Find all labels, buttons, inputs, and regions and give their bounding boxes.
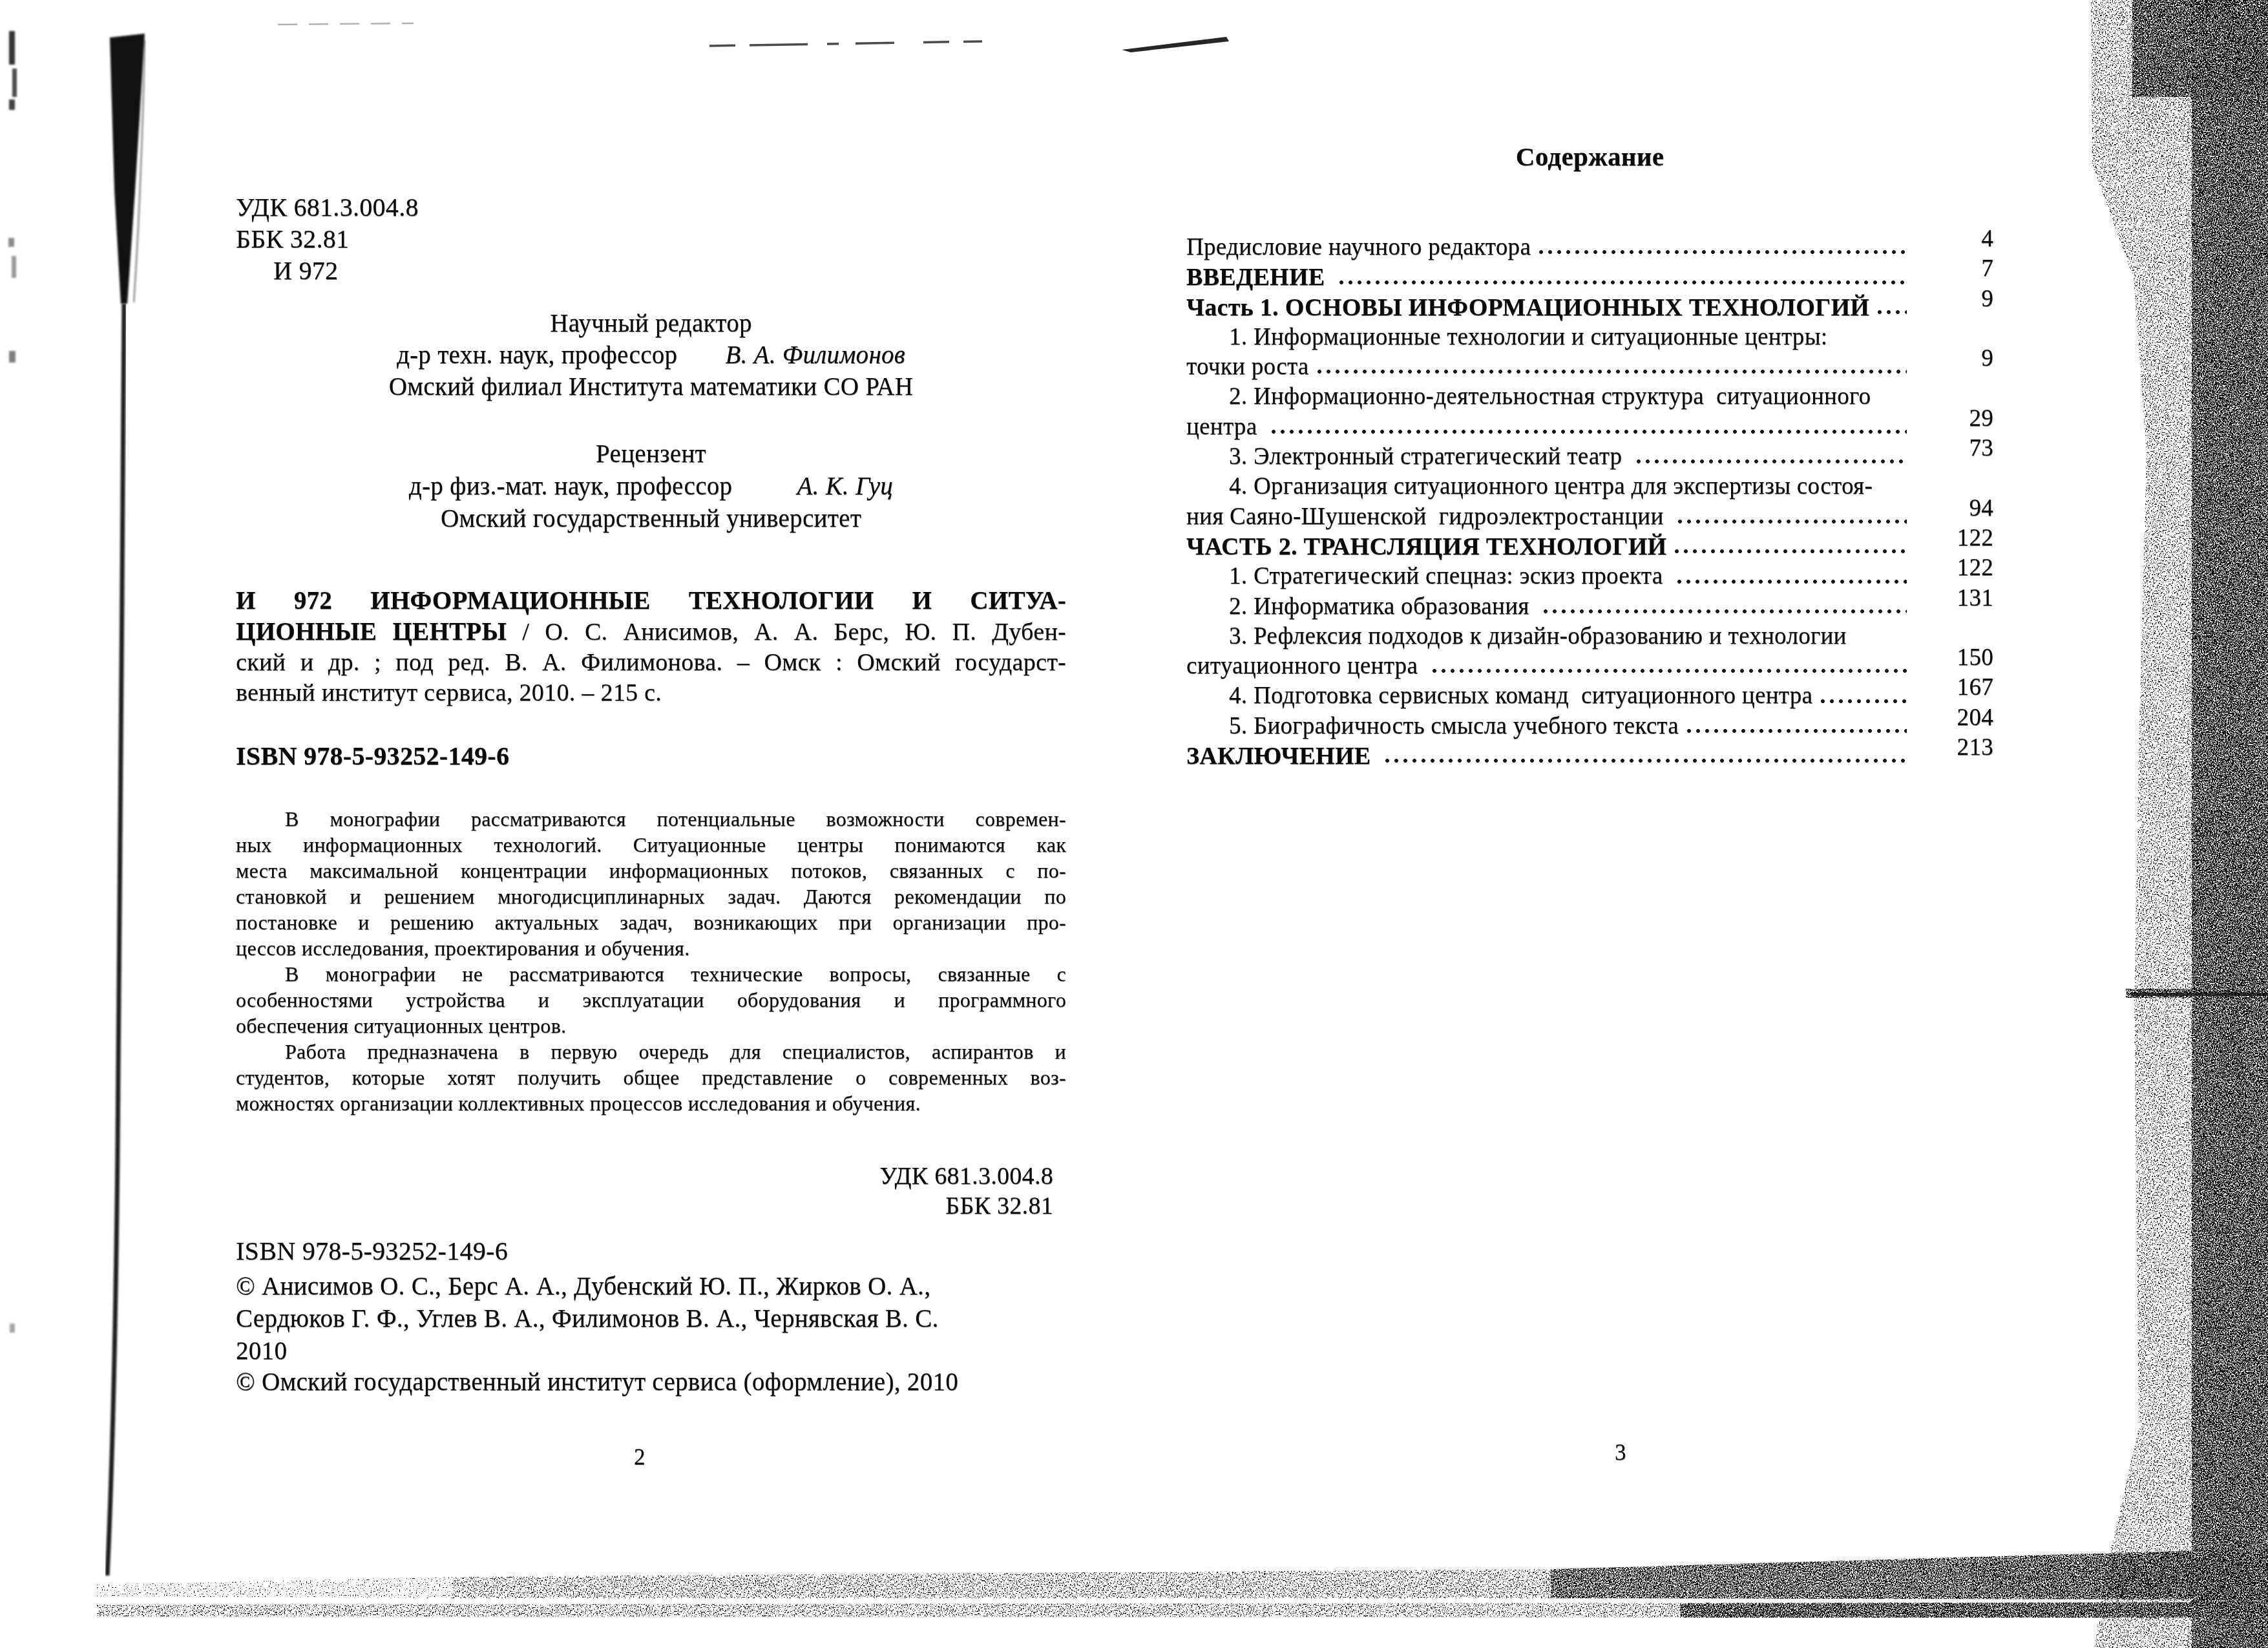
toc-entry-text: центра [1186, 412, 1263, 442]
toc-row: ния Саяно-Шушенской гидроэлектростанции … [1186, 502, 1993, 532]
dot-leader [1636, 458, 1907, 466]
science-editor-block: Научный редактор д-р техн. наук, професс… [236, 308, 1066, 403]
classification-codes-bottom: УДК 681.3.004.8 ББК 32.81 [236, 1161, 1053, 1221]
toc-page-number: 150 [1916, 643, 1993, 673]
toc-entry-text: точки роста [1186, 352, 1309, 382]
table-of-contents: Предисловие научного редактора4ВВЕДЕНИЕ … [1186, 233, 1993, 771]
text-line: © Анисимов О. С., Берс А. А., Дубенский … [236, 1271, 939, 1303]
toc-page-number: 4 [1916, 224, 1993, 254]
toc-page-number [1916, 374, 1993, 403]
toc-page-number: 9 [1916, 344, 1993, 374]
toc-page-number: 7 [1916, 254, 1993, 284]
toc-entry-text: Часть 1. ОСНОВЫ ИНФОРМАЦИОННЫХ ТЕХНОЛОГИ… [1186, 293, 1869, 322]
annotation-paragraph: особенностями устройства и эксплуатации … [236, 987, 1066, 1013]
toc-entry-text: ВВЕДЕНИЕ [1186, 262, 1331, 292]
text-line: В монографии рассматриваются потенциальн… [236, 806, 1066, 832]
toc-entry-text: 4. Организация ситуационного центра для … [1229, 472, 1873, 502]
toc-entry-text: 2. Информационно-деятельностная структур… [1229, 382, 1871, 412]
text-line: обеспечения ситуационных центров. [236, 1013, 1066, 1039]
text-line: постановке и решению актуальных задач, в… [236, 909, 1066, 935]
right-edge-noise [2091, 0, 2268, 1648]
toc-row: Часть 1. ОСНОВЫ ИНФОРМАЦИОННЫХ ТЕХНОЛОГИ… [1186, 293, 1993, 322]
toc-entry-text: ЧАСТЬ 2. ТРАНСЛЯЦИЯ ТЕХНОЛОГИЙ [1186, 532, 1666, 562]
bbk-code: ББК 32.81 [236, 223, 419, 255]
text-line: студентов, которые хотят получить общее … [236, 1064, 1066, 1090]
text-line: ных информационных технологий. Ситуацион… [236, 832, 1066, 858]
author-sign-code: И 972 [236, 255, 419, 286]
toc-entry-text: ЗАКЛЮЧЕНИЕ [1186, 741, 1377, 771]
toc-row: 4. Подготовка сервисных команд ситуацион… [1186, 681, 1993, 711]
reviewer-heading: Рецензент [236, 438, 1066, 470]
left-edge-marks [8, 31, 17, 1333]
book-scan: УДК 681.3.004.8 ББК 32.81 И 972 Научный … [0, 0, 2268, 1648]
dot-leader [1538, 248, 1907, 257]
toc-page-number: 122 [1916, 523, 1993, 553]
card-authors: / О. С. Анисимов, А. А. Берс, Ю. П. Дубе… [507, 618, 1066, 646]
dot-leader [1877, 308, 1907, 317]
text-line: Сердюков Г. Ф., Углев В. А., Филимонов В… [236, 1303, 939, 1335]
top-edge-streaks [278, 23, 1229, 52]
editor-role: д-р техн. наук, профессор [397, 341, 677, 369]
toc-row: 3. Рефлексия подходов к дизайн-образован… [1186, 622, 1993, 651]
card-line: И 972 ИНФОРМАЦИОННЫЕ ТЕХНОЛОГИИ И СИТУА- [236, 586, 1066, 617]
toc-page-number: 122 [1916, 553, 1993, 583]
copyright-authors: © Анисимов О. С., Берс А. А., Дубенский … [236, 1271, 939, 1368]
text-line: Работа предназначена в первую очередь дл… [236, 1039, 1066, 1064]
reviewer-role: д-р физ.-мат. наук, профессор [409, 472, 733, 500]
text-line: места максимальной концентрации информац… [236, 858, 1066, 883]
toc-page-number [1916, 314, 1993, 344]
annotation-paragraph: студентов, которые хотят получить общее … [236, 1064, 1066, 1090]
toc-entry-text: 3. Рефлексия подходов к дизайн-образован… [1229, 622, 1847, 651]
toc-page-number [1916, 463, 1993, 493]
toc-entry-text: 1. Стратегический спецназ: эскиз проекта [1229, 562, 1669, 591]
annotation-paragraph: ных информационных технологий. Ситуацион… [236, 832, 1066, 935]
card-line: ЦИОННЫЕ ЦЕНТРЫ / О. С. Анисимов, А. А. Б… [236, 617, 1066, 648]
bottom-edge-noise [97, 1548, 2268, 1618]
text-line: можностях организации коллективных проце… [236, 1090, 1066, 1116]
dot-leader [1677, 578, 1907, 586]
toc-row: ЧАСТЬ 2. ТРАНСЛЯЦИЯ ТЕХНОЛОГИЙ122 [1186, 532, 1993, 562]
annotation: В монографии рассматриваются потенциальн… [236, 806, 1066, 1116]
toc-page-number: 167 [1916, 673, 1993, 703]
editor-heading: Научный редактор [236, 308, 1066, 339]
text-line: цессов исследования, проектирования и об… [236, 935, 1066, 961]
card-line: ский и др. ; под ред. В. А. Филимонова. … [236, 648, 1066, 678]
editor-org: Омский филиал Института математики СО РА… [236, 371, 1066, 403]
toc-entry-text: 4. Подготовка сервисных команд ситуацион… [1229, 681, 1812, 711]
card-line: венный институт сервиса, 2010. – 215 с. [236, 678, 1066, 708]
toc-page-number: 73 [1916, 434, 1993, 463]
udc-code-bottom: УДК 681.3.004.8 [236, 1161, 1053, 1191]
toc-row: Предисловие научного редактора4 [1186, 233, 1993, 262]
dot-leader [1686, 727, 1907, 735]
reviewer-block: Рецензент д-р физ.-мат. наук, профессорА… [236, 438, 1066, 535]
bbk-code-bottom: ББК 32.81 [236, 1191, 1053, 1221]
dot-leader [1271, 428, 1907, 436]
toc-entry-text: 1. Информационные технологии и ситуацион… [1229, 322, 1827, 352]
toc-row: центра 29 [1186, 412, 1993, 442]
editor-name: В. А. Филимонов [725, 341, 905, 369]
toc-row: ВВЕДЕНИЕ 7 [1186, 262, 1993, 292]
dot-leader [1385, 757, 1907, 765]
spine-shadow [107, 34, 145, 1576]
toc-row: 2. Информационно-деятельностная структур… [1186, 382, 1993, 412]
toc-row: 3. Электронный стратегический театр 73 [1186, 442, 1993, 472]
toc-page-number: 131 [1916, 584, 1993, 613]
dot-leader [1543, 607, 1907, 616]
toc-title: Содержание [1186, 141, 1993, 172]
toc-page-number: 213 [1916, 733, 1993, 763]
toc-page-number: 29 [1916, 404, 1993, 434]
text-line: 2010 [236, 1335, 939, 1368]
dot-leader [1339, 279, 1907, 287]
text-line: становкой и решением многодисциплинарных… [236, 883, 1066, 909]
reviewer-name: А. К. Гуц [797, 472, 893, 500]
toc-entry-text: 2. Информатика образования [1229, 592, 1535, 622]
classification-codes: УДК 681.3.004.8 ББК 32.81 И 972 [236, 191, 419, 286]
toc-page-number: 9 [1916, 284, 1993, 314]
text-line: В монографии не рассматриваются техничес… [236, 961, 1066, 987]
toc-page-number [1916, 613, 1993, 643]
toc-entry-text: Предисловие научного редактора [1186, 233, 1531, 262]
toc-row: 1. Стратегический спецназ: эскиз проекта… [1186, 562, 1993, 591]
toc-row: ЗАКЛЮЧЕНИЕ 213 [1186, 741, 1993, 771]
dot-leader [1317, 368, 1907, 376]
reviewer-org: Омский государственный университет [236, 503, 1066, 535]
toc-page-number: 204 [1916, 703, 1993, 733]
catalog-card: И 972 ИНФОРМАЦИОННЫЕ ТЕХНОЛОГИИ И СИТУА-… [236, 586, 1066, 708]
toc-entry-text: 5. Биографичность смысла учебного текста [1229, 712, 1679, 741]
toc-row: 2. Информатика образования 131 [1186, 592, 1993, 622]
editor-line: д-р техн. наук, профессорВ. А. Филимонов [236, 339, 1066, 371]
page-number-left: 2 [601, 1444, 678, 1470]
book-title-part: И 972 ИНФОРМАЦИОННЫЕ ТЕХНОЛОГИИ И СИТУА- [236, 587, 1066, 615]
toc-page-number: 94 [1916, 494, 1993, 523]
dot-leader [1677, 518, 1907, 526]
book-title-part: ЦИОННЫЕ ЦЕНТРЫ [236, 618, 507, 646]
udc-code: УДК 681.3.004.8 [236, 191, 419, 223]
toc-entry-text: ния Саяно-Шушенской гидроэлектростанции [1186, 502, 1670, 532]
copyright-institute: © Омский государственный институт сервис… [236, 1368, 958, 1397]
toc-row: 4. Организация ситуационного центра для … [1186, 472, 1993, 502]
page-number-right: 3 [1582, 1440, 1659, 1466]
reviewer-line: д-р физ.-мат. наук, профессорА. К. Гуц [236, 470, 1066, 503]
toc-entry-text: 3. Электронный стратегический театр [1229, 442, 1628, 472]
toc-row: 1. Информационные технологии и ситуацион… [1186, 322, 1993, 352]
isbn-bottom: ISBN 978-5-93252-149-6 [236, 1236, 508, 1266]
toc-row: 5. Биографичность смысла учебного текста… [1186, 712, 1993, 741]
toc-entry-text: ситуационного центра [1186, 651, 1424, 681]
dot-leader [1674, 547, 1907, 556]
toc-row: точки роста9 [1186, 352, 1993, 382]
isbn-top: ISBN 978-5-93252-149-6 [236, 741, 509, 771]
text-line: особенностями устройства и эксплуатации … [236, 987, 1066, 1013]
dot-leader [1432, 667, 1907, 675]
toc-row: ситуационного центра 150 [1186, 651, 1993, 681]
dot-leader [1820, 697, 1907, 706]
